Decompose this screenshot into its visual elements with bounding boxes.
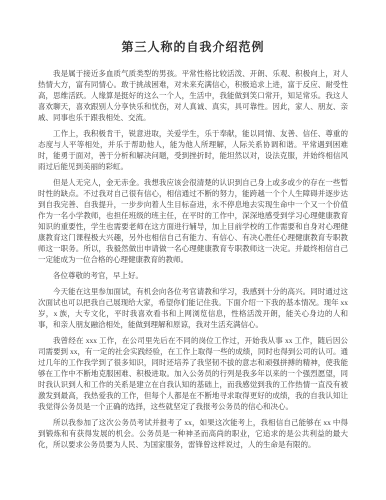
paragraph-7: 所以我参加了这次公务员考试并报考了 xx，如果这次能考上，我相信自己能够在 xx… — [38, 417, 348, 450]
paragraph-6: 我曾经在 xxx 工作，在公司里先后在不同的岗位工作过，开始我从事 xx 工作，… — [38, 335, 348, 412]
document-title: 第三人称的自我介绍范例 — [38, 38, 348, 55]
paragraph-4: 各位尊敬的考官，早上好。 — [38, 270, 348, 281]
paragraph-5: 今天能在这里参加面试，有机会向各位考官请教和学习，我感到十分的高兴。同时通过这次… — [38, 286, 348, 330]
document-page: 第三人称的自我介绍范例 我是属于接近多血质气质类型的男孩。平常性格比较活泼、开朗… — [0, 0, 386, 500]
paragraph-1: 我是属于接近多血质气质类型的男孩。平常性格比较活泼、开朗、乐观、积极向上，对人热… — [38, 68, 348, 123]
paragraph-2: 工作上，我积极肯干，锐意进取，关爱学生，乐于奉献，能以同情、友善、信任、尊重的态… — [38, 128, 348, 172]
paragraph-3: 但是人无完人，金无赤金。我想我应该会很清楚的认识到自己身上或多或少的存在一些暂时… — [38, 177, 348, 265]
document-body: 我是属于接近多血质气质类型的男孩。平常性格比较活泼、开朗、乐观、积极向上，对人热… — [38, 68, 348, 450]
